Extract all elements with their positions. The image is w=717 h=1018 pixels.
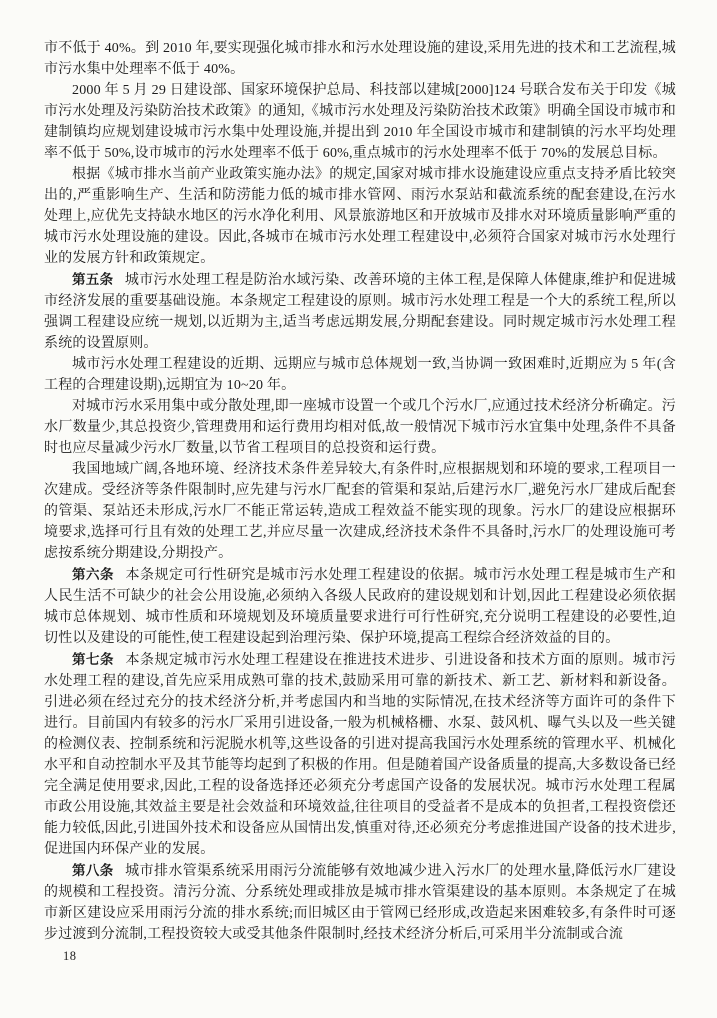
paragraph-text: 城市排水管渠系统采用雨污分流能够有效地减少进入污水厂的处理水量,降低污水厂建设的… [44,864,676,942]
paragraph: 2000 年 5 月 29 日建设部、国家环境保护总局、科技部以建城[2000]… [44,80,676,164]
paragraph-text: 根据《城市排水当前产业政策实施办法》的规定,国家对城市排水设施建设应重点支持矛盾… [44,167,676,266]
paragraph-text: 城市污水处理工程建设的近期、远期应与城市总体规划一致,当协调一致困难时,近期应为… [44,357,676,393]
paragraph: 根据《城市排水当前产业政策实施办法》的规定,国家对城市排水设施建设应重点支持矛盾… [44,164,676,269]
paragraph: 城市污水处理工程建设的近期、远期应与城市总体规划一致,当协调一致困难时,近期应为… [44,354,676,396]
article-term: 第五条 [72,272,113,287]
paragraph-text: 我国地域广阔,各地环境、经济技术条件差异较大,有条件时,应根据规划和环境的要求,… [44,462,676,561]
article-term: 第六条 [72,567,114,582]
article-paragraph: 第六条本条规定可行性研究是城市污水处理工程建设的依据。城市污水处理工程是城市生产… [44,564,676,649]
paragraph: 市不低于 40%。到 2010 年,要实现强化城市排水和污水处理设施的建设,采用… [44,38,676,80]
paragraph-text: 本条规定可行性研究是城市污水处理工程建设的依据。城市污水处理工程是城市生产和人民… [44,568,676,646]
article-paragraph: 第七条本条规定城市污水处理工程建设在推进技术进步、引进设备和技术方面的原则。城市… [44,649,676,860]
article-paragraph: 第五条城市污水处理工程是防治水域污染、改善环境的主体工程,是保障人体健康,维护和… [44,269,676,354]
article-term: 第七条 [72,652,114,667]
paragraph: 我国地域广阔,各地环境、经济技术条件差异较大,有条件时,应根据规划和环境的要求,… [44,459,676,564]
paragraph-text: 城市污水处理工程是防治水域污染、改善环境的主体工程,是保障人体健康,维护和促进城… [44,273,676,351]
article-paragraph: 第八条城市排水管渠系统采用雨污分流能够有效地减少进入污水厂的处理水量,降低污水厂… [44,860,676,945]
article-term: 第八条 [72,863,114,878]
paragraph-text: 本条规定城市污水处理工程建设在推进技术进步、引进设备和技术方面的原则。城市污水处… [44,653,676,857]
paragraph-text: 对城市污水采用集中或分散处理,即一座城市设置一个或几个污水厂,应通过技术经济分析… [44,399,676,456]
text-block: 市不低于 40%。到 2010 年,要实现强化城市排水和污水处理设施的建设,采用… [44,38,676,945]
paragraph-text: 2000 年 5 月 29 日建设部、国家环境保护总局、科技部以建城[2000]… [44,83,676,161]
document-page: 市不低于 40%。到 2010 年,要实现强化城市排水和污水处理设施的建设,采用… [0,0,717,1018]
page-number: 18 [63,948,77,964]
paragraph: 对城市污水采用集中或分散处理,即一座城市设置一个或几个污水厂,应通过技术经济分析… [44,396,676,459]
paragraph-text: 市不低于 40%。到 2010 年,要实现强化城市排水和污水处理设施的建设,采用… [44,41,676,77]
